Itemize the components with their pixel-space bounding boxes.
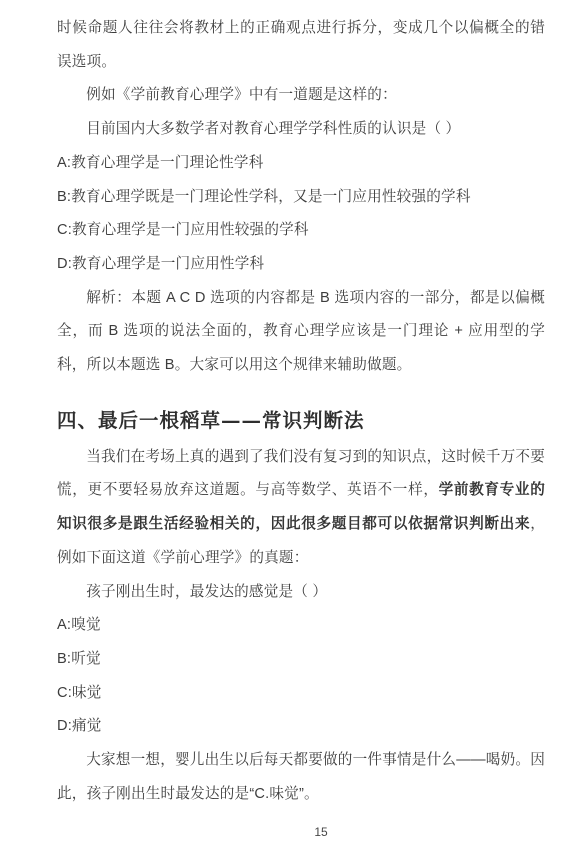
question2-stem: 孩子刚出生时，最发达的感觉是（ ） bbox=[57, 576, 545, 610]
section-paragraph: 当我们在考场上真的遇到了我们没有复习到的知识点，这时候千万不要慌，更不要轻易放弃… bbox=[57, 441, 545, 576]
document-page: 时候命题人往往会将教材上的正确观点进行拆分，变成几个以偏概全的错误选项。 例如《… bbox=[0, 0, 585, 848]
question1-stem: 目前国内大多数学者对教育心理学学科性质的认识是（ ） bbox=[57, 113, 545, 147]
question1-option-c: C:教育心理学是一门应用性较强的学科 bbox=[57, 214, 545, 248]
question2-option-a: A:嗅觉 bbox=[57, 609, 545, 643]
question2-option-b: B:听觉 bbox=[57, 643, 545, 677]
question1-option-b: B:教育心理学既是一门理论性学科，又是一门应用性较强的学科 bbox=[57, 181, 545, 215]
question2-option-d: D:痛觉 bbox=[57, 710, 545, 744]
question2-option-c: C:味觉 bbox=[57, 677, 545, 711]
question1-option-d: D:教育心理学是一门应用性学科 bbox=[57, 248, 545, 282]
page-number: 15 bbox=[57, 824, 585, 840]
question1-analysis: 解析：本题 A C D 选项的内容都是 B 选项内容的一部分，都是以偏概全，而 … bbox=[57, 282, 545, 383]
intro-paragraph-continued: 时候命题人往往会将教材上的正确观点进行拆分，变成几个以偏概全的错误选项。 bbox=[57, 12, 545, 79]
question1-option-a: A:教育心理学是一门理论性学科 bbox=[57, 147, 545, 181]
closing-paragraph: 大家想一想，婴儿出生以后每天都要做的一件事情是什么——喝奶。因此，孩子刚出生时最… bbox=[57, 744, 545, 811]
example-intro-paragraph: 例如《学前教育心理学》中有一道题是这样的： bbox=[57, 79, 545, 113]
section-heading: 四、最后一根稻草——常识判断法 bbox=[57, 403, 545, 439]
